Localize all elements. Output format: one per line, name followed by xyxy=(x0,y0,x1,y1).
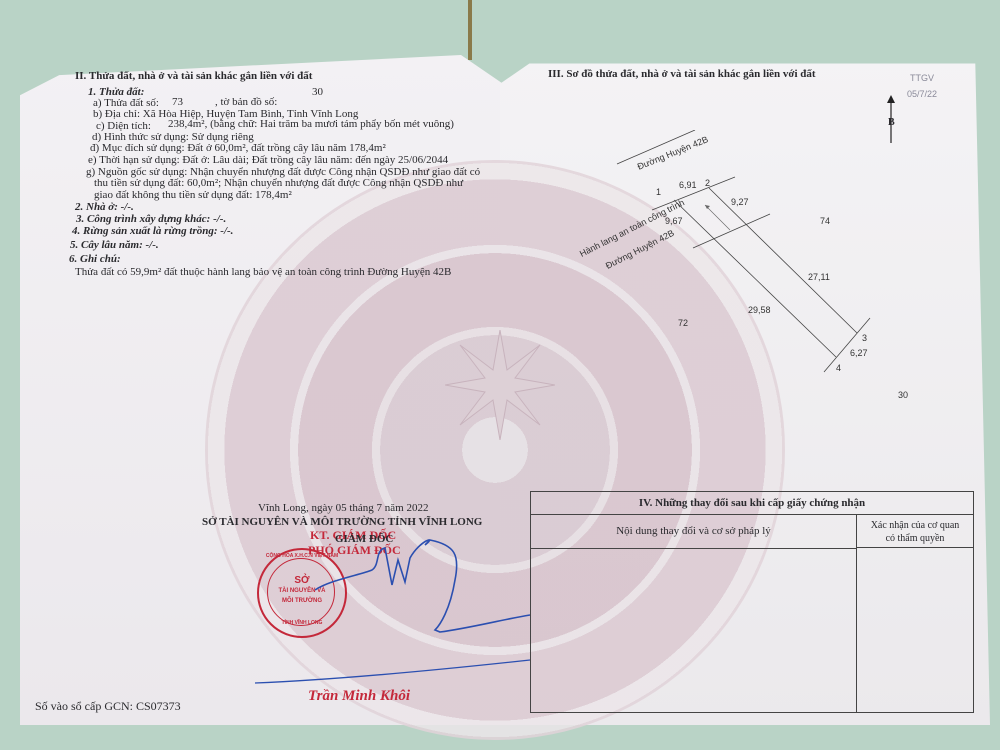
vertex-4: 4 xyxy=(836,363,841,373)
star-watermark-icon xyxy=(445,330,555,440)
vertex-2: 2 xyxy=(705,178,710,188)
edge-2-3: 27,11 xyxy=(808,272,830,282)
changes-table: IV. Những thay đổi sau khi cấp giấy chứn… xyxy=(530,491,974,713)
item-perennial: 5. Cây lâu năm: -/-. xyxy=(70,239,159,251)
changes-table-title: IV. Những thay đổi sau khi cấp giấy chứn… xyxy=(531,492,973,515)
item-forest: 4. Rừng sản xuất là rừng trồng: -/-. xyxy=(72,225,233,237)
place-date: Vĩnh Long, ngày 05 tháng 7 năm 2022 xyxy=(258,502,428,514)
item-house: 2. Nhà ở: -/-. xyxy=(75,201,134,213)
section-iii-title: III. Sơ đồ thửa đất, nhà ở và tài sản kh… xyxy=(548,68,816,80)
parcel-30: 30 xyxy=(898,390,908,400)
item-other-construction: 3. Công trình xây dựng khác: -/-. xyxy=(76,213,226,225)
usage-term: e) Thời hạn sử dụng: Đất ở: Lâu dài; Đất… xyxy=(88,154,448,166)
official-stamp: CỘNG HÒA X.H.C.N VIỆT NAM SỞ TÀI NGUYÊN … xyxy=(257,548,347,638)
map-sheet-label: , tờ bản đồ số: xyxy=(215,96,277,108)
changes-table-divider xyxy=(856,548,857,712)
area-value: 238,4m², (bằng chữ: Hai trăm ba mươi tám… xyxy=(168,118,454,130)
edge-3-4: 6,27 xyxy=(850,348,868,358)
signer-name: Trần Minh Khôi xyxy=(308,688,410,704)
origin-line-3: giao đất không thu tiền sử dụng đất: 178… xyxy=(94,189,292,201)
stamp-center-mid: TÀI NGUYÊN VÀ xyxy=(259,588,345,594)
stamp-center-top: SỞ xyxy=(259,575,345,586)
origin-line-2: thu tiền sử dụng đất: 60,0m²; Nhận chuyể… xyxy=(94,177,463,189)
vertex-3: 3 xyxy=(862,333,867,343)
map-sheet-number: 30 xyxy=(312,86,323,98)
usage-purpose: đ) Mục đích sử dụng: Đất ở 60,0m², đất t… xyxy=(90,142,386,154)
stamp-ring-bottom: TỈNH VĨNH LONG xyxy=(259,620,345,626)
changes-col-content: Nội dung thay đổi và cơ sở pháp lý xyxy=(531,515,857,549)
vertex-1: 1 xyxy=(656,187,661,197)
parcel-74: 74 xyxy=(820,216,830,226)
handwritten-note-2: 05/7/22 xyxy=(907,88,937,100)
note-text: Thửa đất có 59,9m² đất thuộc hành lang b… xyxy=(75,266,451,278)
north-label: B xyxy=(888,117,895,129)
handwritten-note-1: TTGV xyxy=(910,72,934,84)
edge-1-corridor: 9,67 xyxy=(665,216,683,226)
edge-1-4: 29,58 xyxy=(748,305,771,315)
background-seam xyxy=(468,0,472,60)
section-ii-title: II. Thửa đất, nhà ở và tài sản khác gắn … xyxy=(75,70,312,82)
plot-number: 73 xyxy=(172,96,183,108)
confirmation-line-1: Xác nhận của cơ quan xyxy=(857,519,973,532)
changes-col-confirmation: Xác nhận của cơ quan có thẩm quyền xyxy=(857,515,973,548)
stamp-center-bottom: MÔI TRƯỜNG xyxy=(259,598,345,604)
registry-number: Số vào sổ cấp GCN: CS07373 xyxy=(35,700,181,712)
issuing-agency: SỞ TÀI NGUYÊN VÀ MÔI TRƯỜNG TỈNH VĨNH LO… xyxy=(202,516,482,528)
confirmation-line-2: có thẩm quyền xyxy=(857,532,973,545)
stamp-ring-text: CỘNG HÒA X.H.C.N VIỆT NAM xyxy=(259,553,345,559)
parcel-72: 72 xyxy=(678,318,688,328)
edge-1-2: 6,91 xyxy=(679,180,697,190)
edge-2-corridor: 9,27 xyxy=(731,197,749,207)
item-notes: 6. Ghi chú: xyxy=(69,253,121,265)
